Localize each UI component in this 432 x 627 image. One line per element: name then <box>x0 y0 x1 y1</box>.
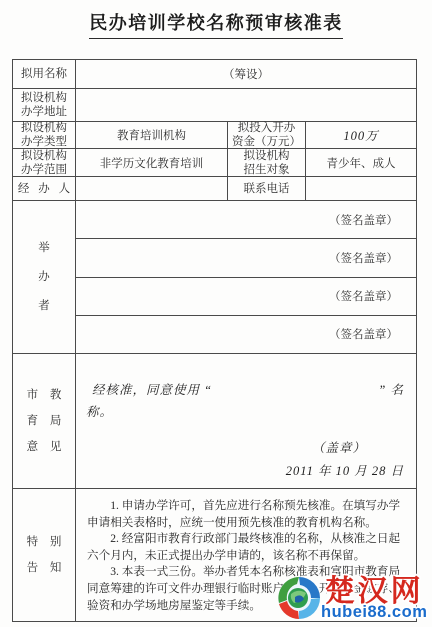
scope-value: 非学历文化教育培训 <box>76 149 227 176</box>
notice-item-1: 1. 申请办学许可，首先应进行名称预先核准。在填写办学申请相关表格时，应统一使用… <box>87 498 407 531</box>
scope-label-line2: 办学范围 <box>21 163 67 177</box>
opinion-line1-pre: 经核准，同意使用 “ <box>92 380 212 398</box>
opinion-line1: 经核准，同意使用 “ ” 名 <box>92 380 404 398</box>
handler-value <box>76 177 227 200</box>
row-bureau-opinion: 市 教 育 局 意 见 经核准，同意使用 “ ” 名 称。 （盖章） 2011 … <box>13 354 416 489</box>
signature-hint-1: （签名盖章） <box>329 212 398 228</box>
signature-slot-3: （签名盖章） <box>76 278 416 316</box>
proposed-name-value: （筹设） <box>76 60 416 88</box>
approval-form-table: 拟用名称 （筹设） 拟设机构 办学地址 拟设机构 办学类型 教育培训机构 拟投入… <box>12 59 417 622</box>
handler-label: 经 办 人 <box>13 177 76 200</box>
phone-value <box>306 177 416 200</box>
document-page: 民办培训学校名称预审核准表 拟用名称 （筹设） 拟设机构 办学地址 拟设机构 办… <box>0 0 432 627</box>
scope-label-line1: 拟设机构 <box>21 149 67 163</box>
bureau-label-line1: 市 教 <box>27 388 62 402</box>
notice-label: 特 别 告 知 <box>13 489 76 621</box>
organizer-label-char3: 者 <box>38 299 50 313</box>
seal-hint: （盖章） <box>312 438 366 456</box>
notice-label-line1: 特 别 <box>27 535 62 549</box>
row-organizer: 举 办 者 （签名盖章） （签名盖章） （签名盖章） （签名盖章） <box>13 201 416 354</box>
bureau-opinion-content: 经核准，同意使用 “ ” 名 称。 （盖章） 2011 年 10 月 28 日 <box>76 354 416 488</box>
notice-label-line2: 告 知 <box>27 561 62 575</box>
watermark-domain: hubei88.com <box>321 604 427 620</box>
proposed-name-label: 拟用名称 <box>13 60 76 88</box>
target-label: 拟设机构 招生对象 <box>227 149 306 176</box>
capital-value: 100万 <box>306 122 416 148</box>
organizer-signature-column: （签名盖章） （签名盖章） （签名盖章） （签名盖章） <box>76 201 416 353</box>
page-title: 民办培训学校名称预审核准表 <box>89 9 343 39</box>
organizer-label: 举 办 者 <box>13 201 76 353</box>
signature-hint-3: （签名盖章） <box>329 288 398 304</box>
address-label-line2: 办学地址 <box>21 105 67 119</box>
type-label-line2: 办学类型 <box>21 135 67 149</box>
scope-label: 拟设机构 办学范围 <box>13 149 76 176</box>
capital-label-line1: 拟投入开办 <box>238 121 296 135</box>
type-value: 教育培训机构 <box>76 122 227 148</box>
bureau-label-line2: 育 局 <box>27 414 62 428</box>
type-label-line1: 拟设机构 <box>21 121 67 135</box>
target-label-line1: 拟设机构 <box>244 149 290 163</box>
row-scope-target: 拟设机构 办学范围 非学历文化教育培训 拟设机构 招生对象 青少年、成人 <box>13 149 416 177</box>
phone-label: 联系电话 <box>227 177 306 200</box>
opinion-line2: 称。 <box>86 402 404 420</box>
capital-label-line2: 资金（万元） <box>232 135 301 149</box>
watermark-text: 楚汉网 hubei88.com <box>321 578 427 620</box>
approval-date: 2011 年 10 月 28 日 <box>286 461 404 479</box>
organizer-label-char2: 办 <box>38 270 50 284</box>
row-address: 拟设机构 办学地址 <box>13 89 416 122</box>
bureau-label: 市 教 育 局 意 见 <box>13 354 76 488</box>
notice-item-2: 2. 经富阳市教育行政部门最终核准的名称，从核准之日起六个月内，未正式提出办学申… <box>87 531 407 564</box>
address-value <box>76 89 416 121</box>
signature-hint-4: （签名盖章） <box>329 326 398 342</box>
address-label-line1: 拟设机构 <box>21 91 67 105</box>
signature-hint-2: （签名盖章） <box>329 250 398 266</box>
title-wrap: 民办培训学校名称预审核准表 <box>0 9 432 39</box>
bureau-label-line3: 意 见 <box>27 440 62 454</box>
row-type-capital: 拟设机构 办学类型 教育培训机构 拟投入开办 资金（万元） 100万 <box>13 122 416 149</box>
type-label: 拟设机构 办学类型 <box>13 122 76 148</box>
capital-label: 拟投入开办 资金（万元） <box>227 122 306 148</box>
target-value: 青少年、成人 <box>306 149 416 176</box>
signature-slot-2: （签名盖章） <box>76 239 416 277</box>
signature-slot-4: （签名盖章） <box>76 316 416 353</box>
row-proposed-name: 拟用名称 （筹设） <box>13 60 416 89</box>
target-label-line2: 招生对象 <box>244 163 290 177</box>
opinion-line1-post: ” 名 <box>378 380 404 398</box>
address-label: 拟设机构 办学地址 <box>13 89 76 121</box>
signature-slot-1: （签名盖章） <box>76 201 416 239</box>
row-handler-phone: 经 办 人 联系电话 <box>13 177 416 201</box>
organizer-label-char1: 举 <box>38 241 50 255</box>
watermark-brand: 楚汉网 <box>325 578 424 606</box>
site-watermark: 楚汉网 hubei88.com <box>273 572 431 626</box>
